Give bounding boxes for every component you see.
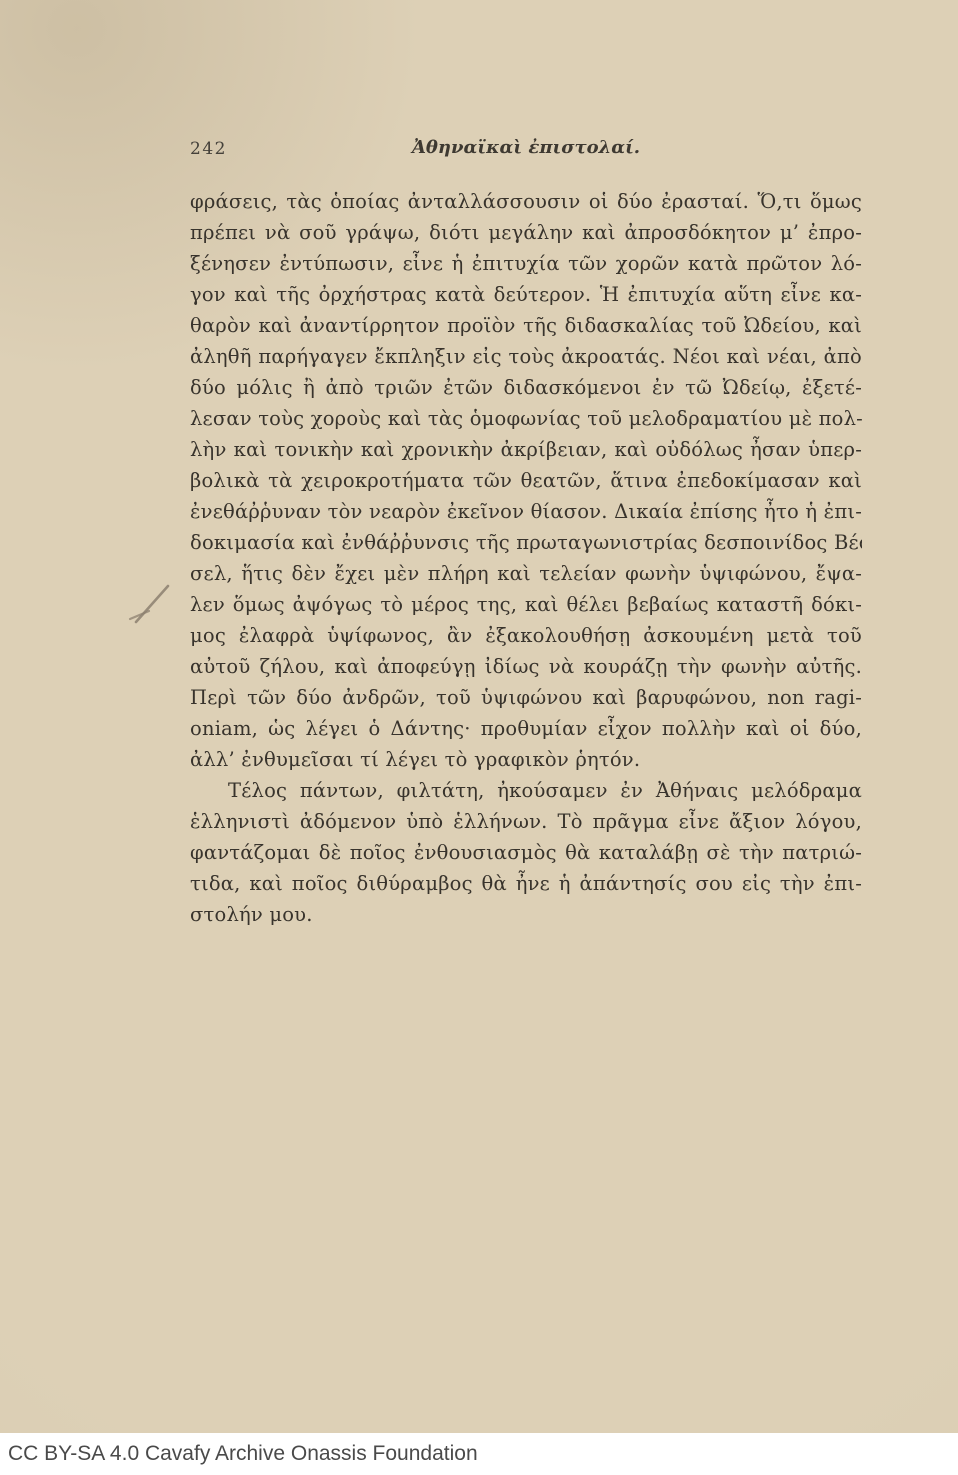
text-line: μος ἐλαφρὰ ὑψίφωνος, ἂν ἐξακολουθήσῃ ἀσκ… [190, 620, 862, 651]
text-line: λεσαν τοὺς χοροὺς καὶ τὰς ὁμοφωνίας τοῦ … [190, 403, 862, 434]
text-line: γον καὶ τῆς ὀρχήστρας κατὰ δεύτερον. Ἡ ἐ… [190, 279, 862, 310]
running-header-title: Ἀθηναϊκαὶ ἐπιστολαί. [190, 137, 862, 158]
text-line: ἀλλ’ ἐνθυμεῖσαι τί λέγει τὸ γραφικὸν ῥητ… [190, 744, 862, 775]
text-line: Τέλος πάντων, φιλτάτη, ἠκούσαμεν ἐν Ἀθήν… [190, 775, 862, 806]
text-line: θαρὸν καὶ ἀναντίρρητον προϊὸν τῆς διδασκ… [190, 310, 862, 341]
text-line: φράσεις, τὰς ὁποίας ἀνταλλάσσουσιν οἱ δύ… [190, 186, 862, 217]
text-line: ἑλληνιστὶ ἀδόμενον ὑπὸ ἑλλήνων. Τὸ πρᾶγμ… [190, 806, 862, 837]
text-line: βολικὰ τὰ χειροκροτήματα τῶν θεατῶν, ἅτι… [190, 465, 862, 496]
text-line: ἐνεθάῤῥυναν τὸν νεαρὸν ἐκεῖνον θίασον. Δ… [190, 496, 862, 527]
text-line: λεν ὅμως ἀψόγως τὸ μέρος της, καὶ θέλει … [190, 589, 862, 620]
text-line: σελ, ἥτις δὲν ἔχει μὲν πλήρη καὶ τελείαν… [190, 558, 862, 589]
text-line: ξένησεν ἐντύπωσιν, εἶνε ἡ ἐπιτυχία τῶν χ… [190, 248, 862, 279]
text-line: ἀληθῆ παρήγαγεν ἔκπληξιν εἰς τοὺς ἀκροατ… [190, 341, 862, 372]
book-page-scan: 242 Ἀθηναϊκαὶ ἐπιστολαί. φράσεις, τὰς ὁπ… [0, 0, 958, 1475]
license-text: CC BY-SA 4.0 Cavafy Archive Onassis Foun… [8, 1442, 478, 1466]
text-line: oniam, ὡς λέγει ὁ Δάντης· προθυμίαν εἶχο… [190, 713, 862, 744]
text-line: πρέπει νὰ σοῦ γράψω, διότι μεγάλην καὶ ἀ… [190, 217, 862, 248]
license-footer-bar: CC BY-SA 4.0 Cavafy Archive Onassis Foun… [0, 1433, 958, 1475]
text-line: δοκιμασία καὶ ἐνθάῤῥυνσις τῆς πρωταγωνισ… [190, 527, 862, 558]
text-line: τιδα, καὶ ποῖος διθύραμβος θὰ ἦνε ἡ ἀπάν… [190, 868, 862, 899]
text-line: αὐτοῦ ζήλου, καὶ ἀποφεύγῃ ἰδίως νὰ κουρά… [190, 651, 862, 682]
text-line: Περὶ τῶν δύο ἀνδρῶν, τοῦ ὑψιφώνου καὶ βα… [190, 682, 862, 713]
text-line: δύο μόλις ἢ ἀπὸ τριῶν ἐτῶν διδασκόμενοι … [190, 372, 862, 403]
text-line: λὴν καὶ τονικὴν καὶ χρονικὴν ἀκρίβειαν, … [190, 434, 862, 465]
body-text: φράσεις, τὰς ὁποίας ἀνταλλάσσουσιν οἱ δύ… [190, 186, 862, 930]
text-line: στολήν μου. [190, 899, 862, 930]
pencil-slash-mark [124, 572, 180, 630]
text-line: φαντάζομαι δὲ ποῖος ἐνθουσιασμὸς θὰ κατα… [190, 837, 862, 868]
